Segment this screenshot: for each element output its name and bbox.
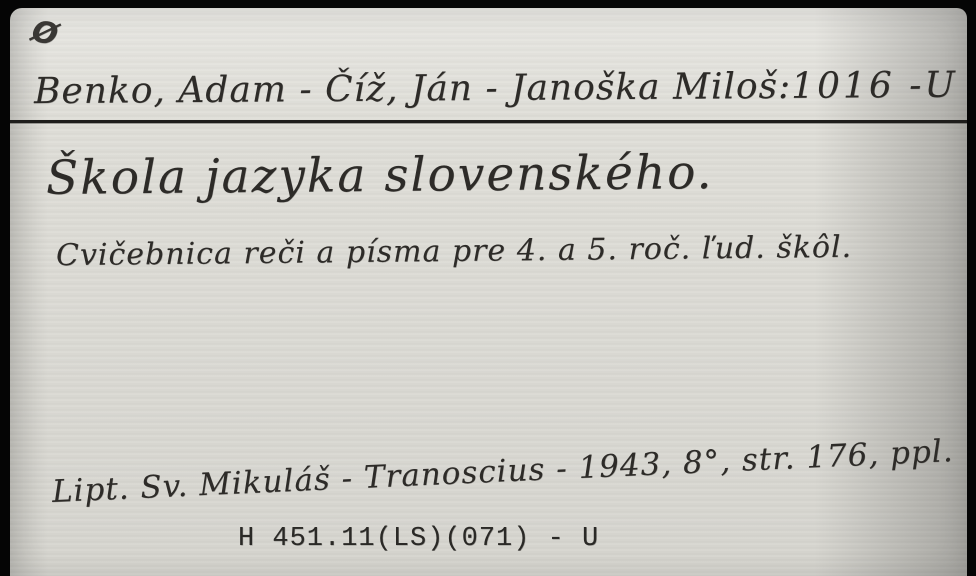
ruled-divider-line — [10, 120, 967, 123]
imprint-publisher-year: Lipt. Sv. Mikuláš - Tranoscius - 1943, 8… — [51, 433, 954, 510]
call-number: H 451.11(LS)(071) - U — [238, 524, 599, 554]
author-names: Benko, Adam - Číž, Ján - Janoška Miloš: — [34, 66, 791, 112]
author-heading-line: Benko, Adam - Číž, Ján - Janoška Miloš: … — [34, 65, 944, 112]
corner-mark: Ø — [28, 13, 61, 53]
book-subtitle: Cvičebnica reči a písma pre 4. a 5. roč.… — [56, 230, 852, 273]
catalog-card: Ø Benko, Adam - Číž, Ján - Janoška Miloš… — [10, 8, 967, 576]
book-title: Škola jazyka slovenského. — [46, 145, 714, 206]
scanned-catalog-card-page: Ø Benko, Adam - Číž, Ján - Janoška Miloš… — [0, 0, 976, 576]
accession-number: 1016 -U — [791, 65, 966, 107]
